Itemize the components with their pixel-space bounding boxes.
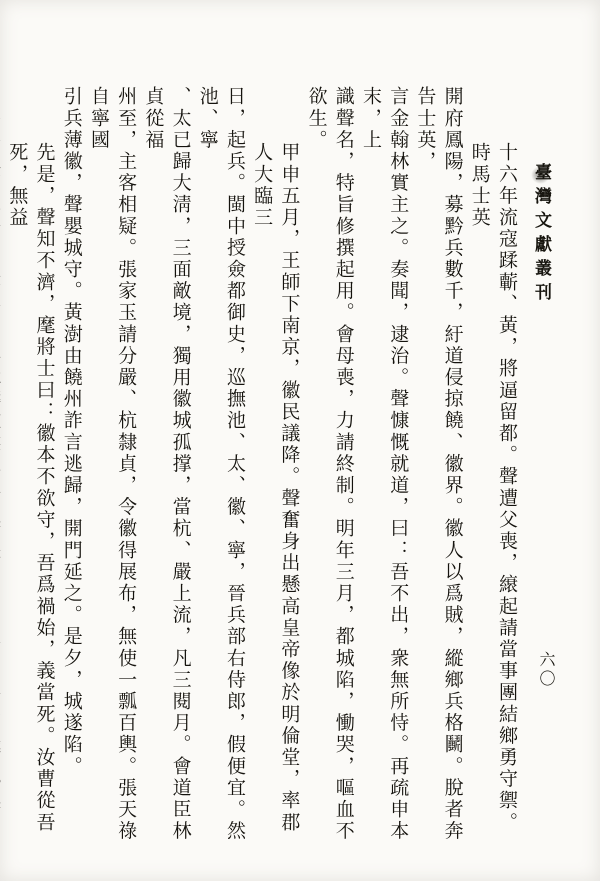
- text-column: 引兵薄徽，聲嬰城守。黃澍由饒州詐言逃歸，開門延之。是夕，城遂陷。: [58, 86, 85, 852]
- text-column: 。多涕泣不忍去。至南京，洪承疇欣然迎見，聲張目。問之曰：卿相識否？聲白：未之: [0, 86, 3, 852]
- series-title: 臺灣文獻叢刊: [529, 163, 554, 307]
- text-column: 州至，主客相疑。張家玉請分嚴、杭隸貞，令徽得展布，無使一瓢百輿。張天祿自寧國: [85, 86, 139, 852]
- text-column: 先是，聲知不濟，麾將士曰：徽本不欲守，吾爲禍始，義當死。汝曹從吾死，無益: [3, 86, 57, 852]
- text-column: 開府鳳陽，募黔兵數千，紆道侵掠饒、徽界。徽人以爲賊，縱鄉兵格鬭。脫者奔告士英，: [411, 86, 465, 852]
- text-column: 、太已歸大淸，三面敵境，獨用徽城孤撑，當杭、嚴上流，凡三閱月。會道臣林貞從福: [139, 86, 193, 852]
- text-column: 言金翰林實主之。奏聞，逮治。聲慷慨就道，曰：吾不出，衆無所恃。再疏申本末，上: [357, 86, 411, 852]
- text-column: 識聲名，特旨修撰起用。會母喪，力請終制。明年三月，都城陷，慟哭，嘔血不欲生。: [302, 86, 356, 852]
- text-column: 日，起兵。閩中授僉都御史，巡撫池、太、徽、寧，晉兵部右侍郎，假便宜。然池、寧: [194, 86, 248, 852]
- text-block: 十六年流寇蹂蘄、黃，將逼留都。聲遭父喪，縗起請當事團結鄉勇守禦。時馬士英開府鳳陽…: [82, 86, 520, 852]
- text-column: 甲申五月，王師下南京，徽民議降。聲奮身出懸高皇帝像於明倫堂，率郡人大臨三: [248, 86, 302, 852]
- text-column: 十六年流寇蹂蘄、黃，將逼留都。聲遭父喪，縗起請當事團結鄉勇守禦。時馬士英: [466, 86, 520, 852]
- document-page: 臺灣文獻叢刊 六〇 十六年流寇蹂蘄、黃，將逼留都。聲遭父喪，縗起請當事團結鄉勇守…: [0, 0, 600, 881]
- page-number: 六〇: [534, 651, 557, 689]
